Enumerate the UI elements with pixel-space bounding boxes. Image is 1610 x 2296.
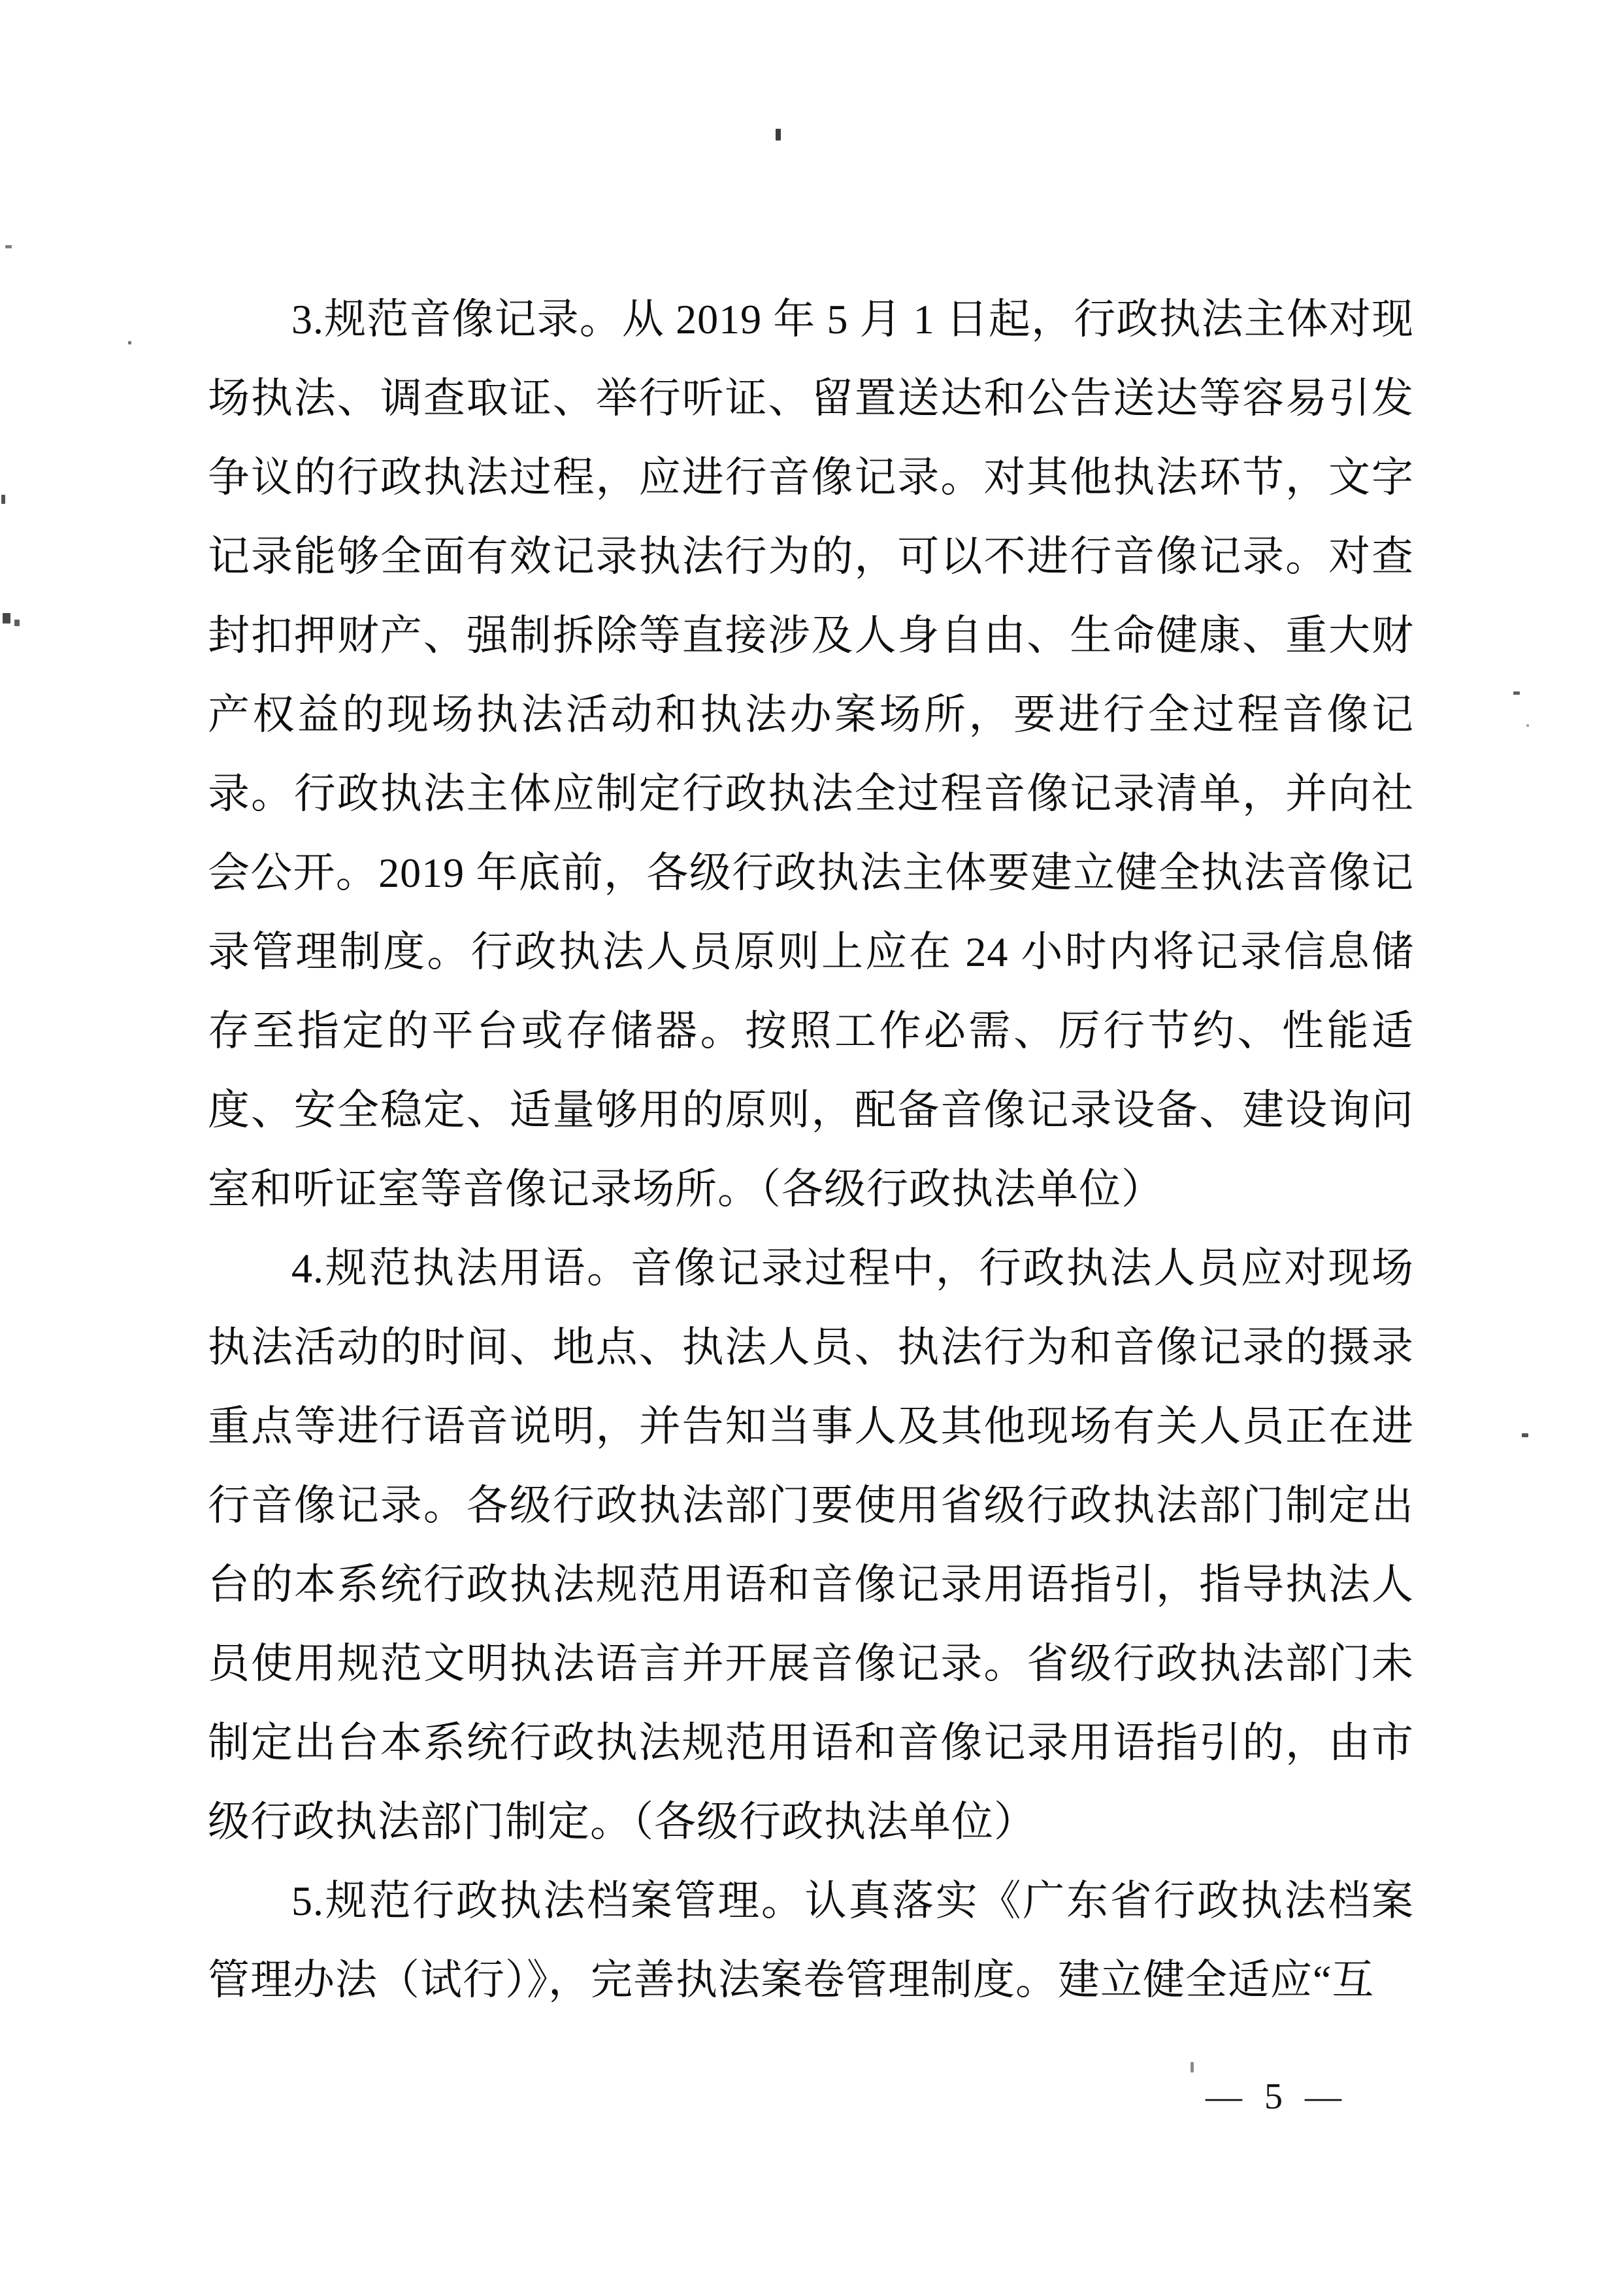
- scan-speck: [776, 129, 781, 141]
- scan-speck: [128, 341, 131, 344]
- scan-speck: [1191, 2062, 1194, 2072]
- scan-speck: [1513, 691, 1520, 695]
- scan-speck: [5, 245, 12, 248]
- scan-speck: [1526, 724, 1529, 727]
- scan-speck: [827, 542, 830, 549]
- scan-speck: [3, 613, 10, 624]
- page-number: — 5 —: [1206, 2077, 1348, 2116]
- paragraph-item-4: 4.规范执法用语。音像记录过程中，行政执法人员应对现场执法活动的时间、地点、执法…: [208, 1229, 1414, 1861]
- scan-speck: [14, 620, 20, 626]
- document-page: 3.规范音像记录。从 2019 年 5 月 1 日起，行政执法主体对现场执法、调…: [0, 0, 1610, 2296]
- document-body: 3.规范音像记录。从 2019 年 5 月 1 日起，行政执法主体对现场执法、调…: [208, 280, 1414, 2020]
- paragraph-item-3: 3.规范音像记录。从 2019 年 5 月 1 日起，行政执法主体对现场执法、调…: [208, 280, 1414, 1229]
- scan-speck: [1522, 1433, 1528, 1437]
- scan-speck: [1, 495, 5, 504]
- paragraph-item-5: 5.规范行政执法档案管理。认真落实《广东省行政执法档案管理办法（试行）》，完善执…: [208, 1861, 1414, 2020]
